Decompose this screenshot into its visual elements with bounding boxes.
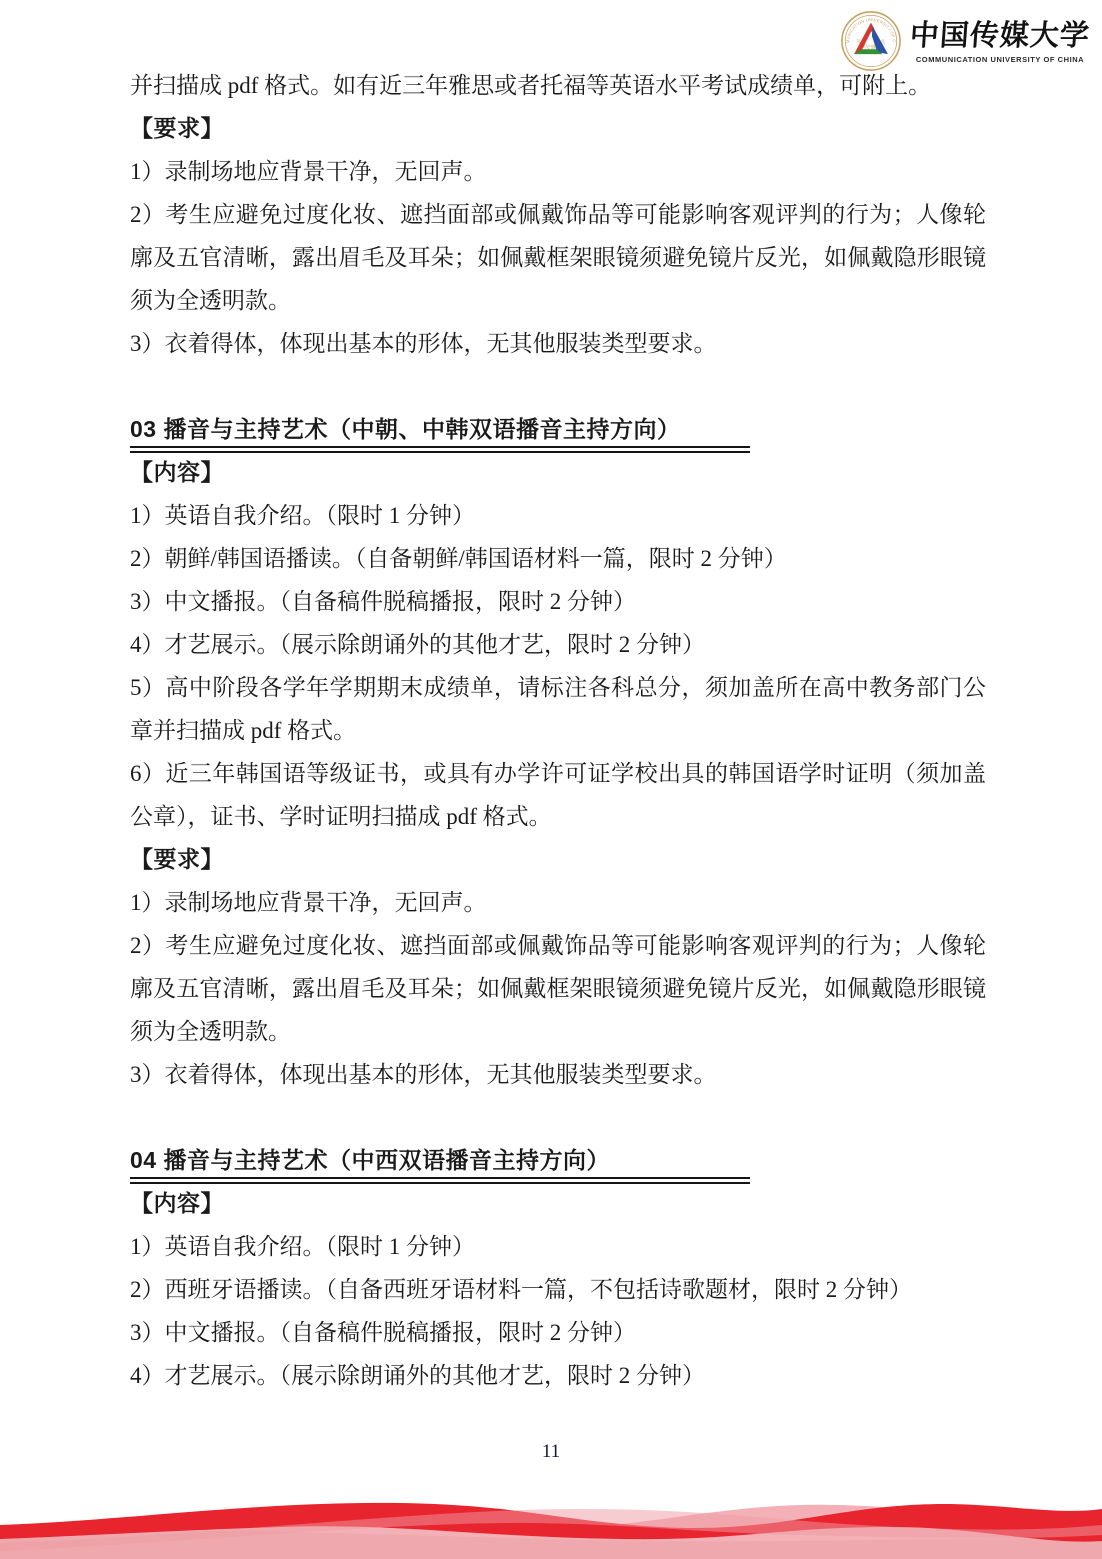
paragraph: 6）近三年韩国语等级证书，或具有办学许可证学校出具的韩国语学时证明（须加盖公章）… [130,752,986,838]
paragraph: 1）录制场地应背景干净，无回声。 [130,150,986,193]
paragraph: 1）英语自我介绍。（限时 1 分钟） [130,494,986,537]
section-heading: 03 播音与主持艺术（中朝、中韩双语播音主持方向） [130,408,986,451]
paragraph: 4）才艺展示。（展示除朗诵外的其他才艺，限时 2 分钟） [130,1354,986,1397]
paragraph: 5）高中阶段各学年学期期末成绩单，请标注各科总分，须加盖所在高中教务部门公章并扫… [130,666,986,752]
footer-wave-decoration [0,1475,1102,1559]
paragraph: 1）英语自我介绍。（限时 1 分钟） [130,1225,986,1268]
logo-english-name: COMMUNICATION UNIVERSITY OF CHINA [916,55,1084,64]
paragraph: 4）才艺展示。（展示除朗诵外的其他才艺，限时 2 分钟） [130,623,986,666]
paragraph: 3）衣着得体，体现出基本的形体，无其他服装类型要求。 [130,1053,986,1096]
paragraph: 3）中文播报。（自备稿件脱稿播报，限时 2 分钟） [130,580,986,623]
document-body: 并扫描成 pdf 格式。如有近三年雅思或者托福等英语水平考试成绩单，可附上。【要… [130,64,986,1397]
page-number: 11 [0,1441,1102,1463]
paragraph: 并扫描成 pdf 格式。如有近三年雅思或者托福等英语水平考试成绩单，可附上。 [130,64,986,107]
section-label: 【内容】 [130,451,986,494]
paragraph: 2）考生应避免过度化妆、遮挡面部或佩戴饰品等可能影响客观评判的行为；人像轮廓及五… [130,924,986,1053]
section-label: 【要求】 [130,107,986,150]
logo-wordmark: 中国传媒大学 COMMUNICATION UNIVERSITY OF CHINA [910,18,1090,64]
paragraph: 2）西班牙语播读。（自备西班牙语材料一篇，不包括诗歌题材，限时 2 分钟） [130,1268,986,1311]
section-label: 【内容】 [130,1182,986,1225]
section-label: 【要求】 [130,838,986,881]
paragraph: 3）衣着得体，体现出基本的形体，无其他服装类型要求。 [130,322,986,365]
logo-chinese-name: 中国传媒大学 [909,18,1091,52]
paragraph: 2）朝鲜/韩国语播读。（自备朝鲜/韩国语材料一篇，限时 2 分钟） [130,537,986,580]
paragraph: 3）中文播报。（自备稿件脱稿播报，限时 2 分钟） [130,1311,986,1354]
university-seal-icon: COMMUNICATION UNIVERSITY OF CHINA 中国传媒大学 [840,10,902,72]
university-logo: COMMUNICATION UNIVERSITY OF CHINA 中国传媒大学… [840,10,1090,72]
paragraph: 1）录制场地应背景干净，无回声。 [130,881,986,924]
paragraph: 2）考生应避免过度化妆、遮挡面部或佩戴饰品等可能影响客观评判的行为；人像轮廓及五… [130,193,986,322]
document-page: COMMUNICATION UNIVERSITY OF CHINA 中国传媒大学… [0,0,1102,1559]
section-heading: 04 播音与主持艺术（中西双语播音主持方向） [130,1139,986,1182]
